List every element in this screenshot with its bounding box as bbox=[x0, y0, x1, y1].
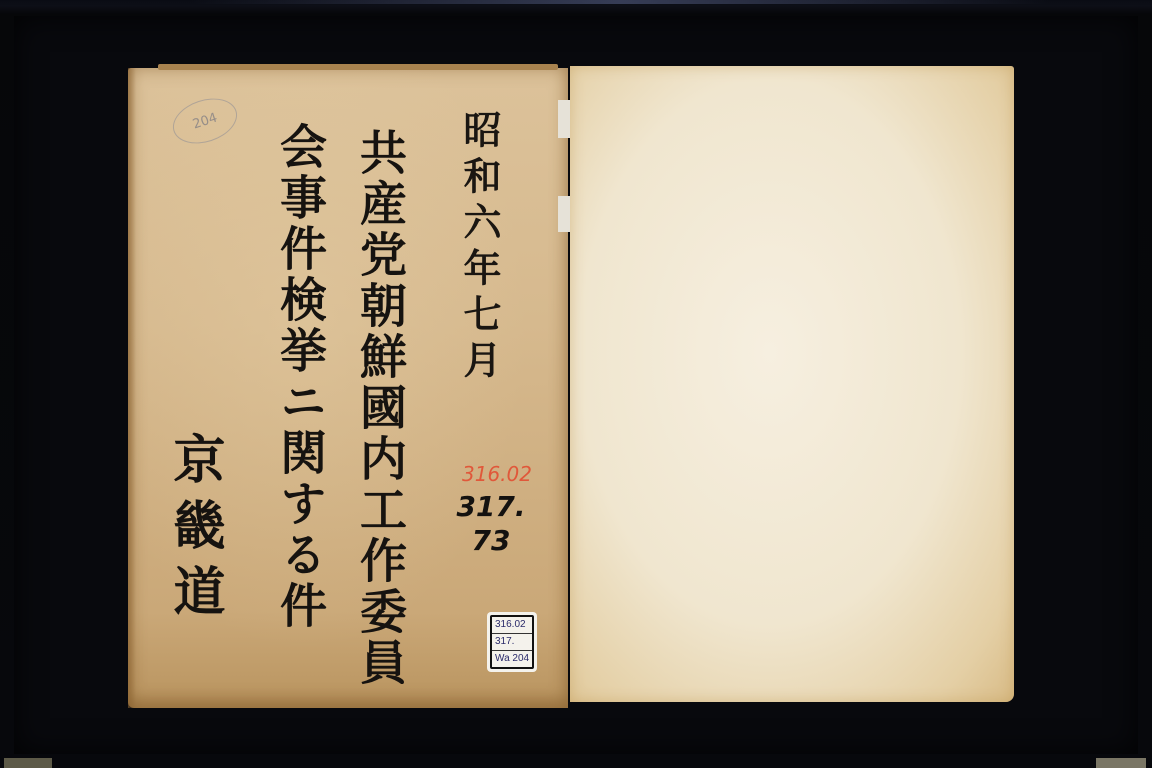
frame-edge-highlight bbox=[190, 0, 1050, 4]
call-number-line: 317. bbox=[492, 634, 532, 651]
ink-catalog-number: 317. 73 bbox=[456, 490, 526, 558]
ink-catalog-line: 317. bbox=[456, 490, 526, 524]
call-number-label-border: 316.02 317. Wa 204 bbox=[490, 615, 534, 669]
cover-title-line-2: 会事件検挙ニ関する件 bbox=[276, 122, 323, 632]
cover-title-line-1: 共産党朝鮮國内工作委員 bbox=[356, 128, 403, 689]
red-catalog-number: 316.02 bbox=[462, 462, 532, 486]
call-number-label: 316.02 317. Wa 204 bbox=[487, 612, 537, 672]
cover-author: 京畿道 bbox=[168, 432, 220, 630]
torn-top-edge bbox=[158, 64, 558, 70]
frame-corner-tab-right bbox=[1096, 758, 1146, 768]
call-number-line: 316.02 bbox=[492, 617, 532, 634]
ink-catalog-line: 73 bbox=[456, 524, 526, 558]
call-number-line: Wa 204 bbox=[492, 651, 532, 667]
blank-first-page bbox=[570, 66, 1014, 702]
cover-date: 昭和六年七月 bbox=[460, 110, 498, 386]
frame-corner-tab-left bbox=[4, 758, 52, 768]
spine-repair-tape bbox=[558, 196, 570, 232]
spine-repair-tape bbox=[558, 100, 570, 138]
